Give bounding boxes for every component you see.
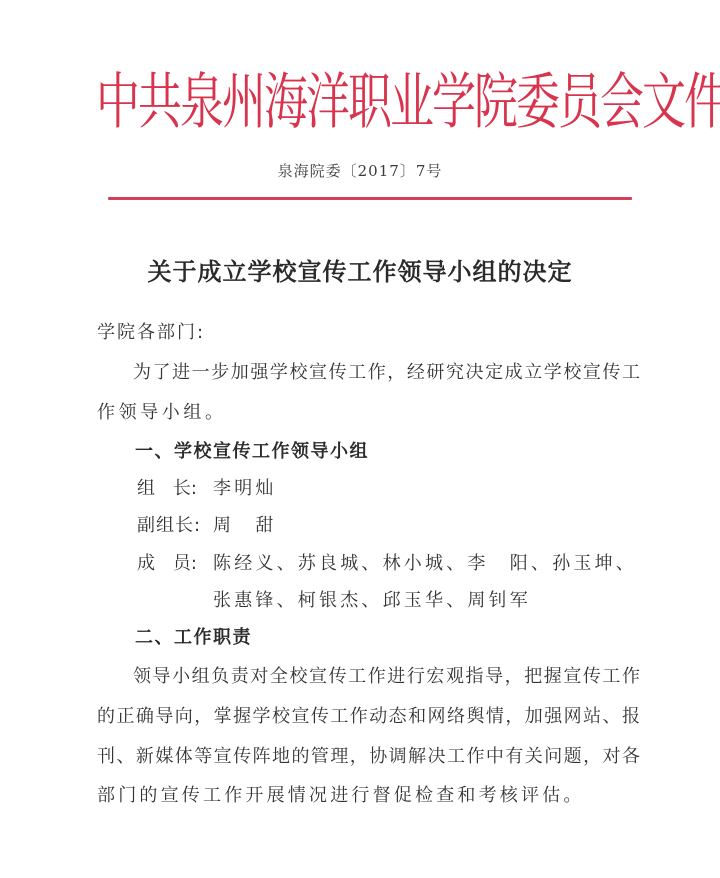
- letterhead-char: 洋: [306, 55, 348, 152]
- members-names-line-2: 张惠锋、柯银杰、邱玉华、周钊军: [213, 586, 531, 612]
- deputy-name: 周 甜: [213, 515, 277, 536]
- letterhead-char: 员: [558, 55, 600, 152]
- letterhead-char: 共: [138, 55, 180, 152]
- duties-line-4: 部门的宣传工作开展情况进行督促检查和考核评估。: [97, 781, 585, 807]
- deputy-label: 副组长:: [137, 511, 213, 537]
- salutation: 学院各部门:: [97, 318, 205, 344]
- letterhead-char: 委: [516, 55, 558, 152]
- leader-row: 组 长: 李明灿: [137, 474, 277, 500]
- letterhead-char: 泉: [180, 55, 222, 152]
- members-names-line-1: 陈经义、苏良城、林小城、李 阳、孙玉坤、: [213, 553, 637, 574]
- letterhead-char: 会: [600, 55, 642, 152]
- letterhead-char: 职: [348, 55, 390, 152]
- letterhead-char: 院: [474, 55, 516, 152]
- letterhead-char: 海: [264, 55, 306, 152]
- leader-name: 李明灿: [213, 478, 277, 499]
- intro-line-1: 为了进一步加强学校宣传工作，经研究决定成立学校宣传工: [133, 358, 640, 384]
- document-title: 关于成立学校宣传工作领导小组的决定: [0, 252, 720, 287]
- letterhead-char: 业: [390, 55, 432, 152]
- section-2-heading: 二、工作职责: [135, 623, 252, 649]
- letterhead-char: 文: [642, 55, 684, 152]
- red-divider-line: [108, 197, 632, 200]
- letterhead-char: 中: [96, 55, 138, 152]
- intro-line-2: 作领导小组。: [97, 398, 227, 424]
- duties-line-3: 刊、新媒体等宣传阵地的管理，协调解决工作中有关问题，对各: [97, 742, 640, 768]
- duties-line-2: 的正确导向，掌握学校宣传工作动态和网络舆情，加强网站、报: [97, 702, 640, 728]
- members-label: 成 员:: [137, 549, 197, 575]
- letterhead-char: 学: [432, 55, 474, 152]
- document-number: 泉海院委〔2017〕7号: [0, 160, 720, 181]
- letterhead-char: 州: [222, 55, 264, 152]
- duties-line-1: 领导小组负责对全校宣传工作进行宏观指导，把握宣传工作: [133, 662, 640, 688]
- document-page: 中 共 泉 州 海 洋 职 业 学 院 委 员 会 文 件 泉海院委〔2017〕…: [0, 0, 720, 878]
- section-1-heading: 一、学校宣传工作领导小组: [135, 437, 369, 463]
- leader-label: 组 长:: [137, 474, 197, 500]
- members-row: 成 员: 陈经义、苏良城、林小城、李 阳、孙玉坤、: [137, 549, 637, 575]
- red-letterhead-title: 中 共 泉 州 海 洋 职 业 学 院 委 员 会 文 件: [96, 68, 644, 138]
- letterhead-char: 件: [684, 55, 720, 152]
- deputy-row: 副组长:周 甜: [137, 511, 277, 537]
